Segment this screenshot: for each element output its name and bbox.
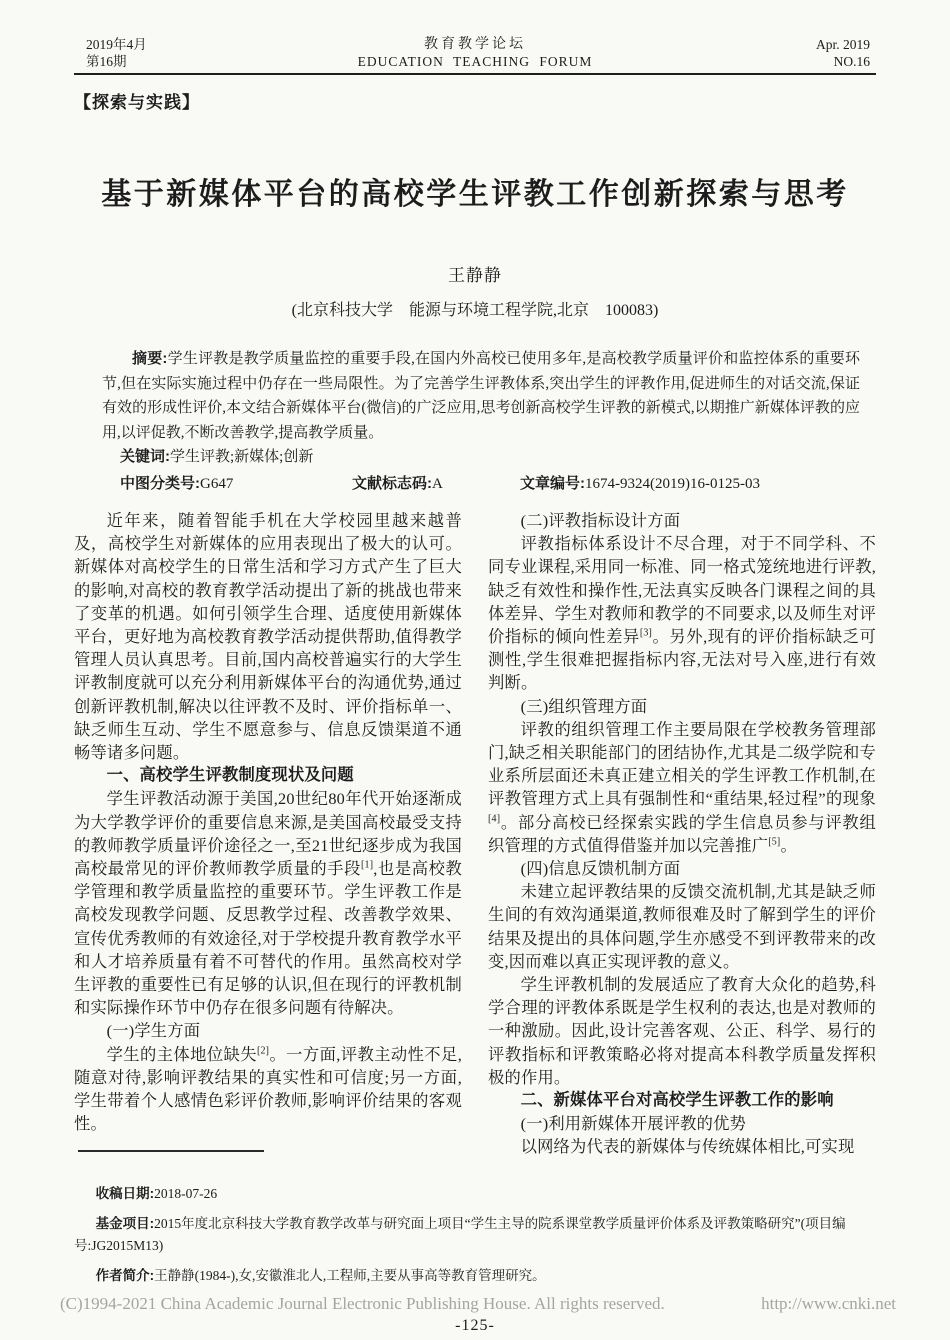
sub-heading: (一)利用新媒体开展评教的优势 bbox=[488, 1112, 876, 1135]
received-date-label: 收稿日期: bbox=[96, 1186, 155, 1201]
clc-value: G647 bbox=[200, 476, 233, 492]
header-date-en: Apr. 2019 bbox=[592, 36, 870, 53]
body-paragraph: 未建立起评教结果的反馈交流机制,尤其是缺乏师生间的有效沟通渠道,教师很难及时了解… bbox=[488, 880, 876, 973]
article-author: 王静静 bbox=[74, 261, 876, 286]
fund-project-label: 基金项目: bbox=[96, 1216, 155, 1231]
sub-heading: (二)评教指标设计方面 bbox=[488, 509, 876, 532]
author-bio-line: 作者简介:王静静(1984-),女,安徽淮北人,工程师,主要从事高等教育管理研究… bbox=[74, 1265, 876, 1287]
section-heading: 一、高校学生评教制度现状及问题 bbox=[74, 764, 462, 787]
copyright-url: http://www.cnki.net bbox=[761, 1294, 896, 1314]
classification-line: 中图分类号:G647 文献标志码:A 文章编号:1674-9324(2019)1… bbox=[102, 472, 860, 497]
author-bio-label: 作者简介: bbox=[96, 1268, 155, 1283]
article-affiliation: (北京科技大学 能源与环境工程学院,北京 100083) bbox=[74, 297, 876, 320]
left-column-content: 近年来，随着智能手机在大学校园里越来越普及，高校学生对新媒体的应用表现出了极大的… bbox=[74, 509, 462, 1135]
clc-label: 中图分类号: bbox=[120, 475, 200, 492]
body-paragraph: 学生评教活动源于美国,20世纪80年代开始逐渐成为大学教学评价的重要信息来源,是… bbox=[74, 787, 462, 1019]
article-body: 近年来，随着智能手机在大学校园里越来越普及，高校学生对新媒体的应用表现出了极大的… bbox=[74, 509, 876, 1159]
journal-title-cn: 教育教学论坛 bbox=[358, 36, 593, 53]
copyright-line: (C)1994-2021 China Academic Journal Elec… bbox=[60, 1294, 896, 1314]
header-issue-cn: 2019年4月 第16期 bbox=[74, 36, 358, 70]
sub-heading: (三)组织管理方面 bbox=[488, 695, 876, 718]
section-heading: 二、新媒体平台对高校学生评教工作的影响 bbox=[488, 1089, 876, 1112]
journal-header: 2019年4月 第16期 教育教学论坛 EDUCATION TEACHING F… bbox=[74, 36, 876, 70]
page-number: -125- bbox=[0, 1317, 950, 1335]
abstract-label: 摘要: bbox=[132, 350, 167, 367]
keywords-label: 关键词: bbox=[120, 448, 170, 465]
section-tag: 【探索与实践】 bbox=[74, 88, 876, 113]
journal-page: 2019年4月 第16期 教育教学论坛 EDUCATION TEACHING F… bbox=[0, 0, 950, 1340]
body-paragraph: 评教的组织管理工作主要局限在学校教务管理部门,缺乏相关职能部门的团结协作,尤其是… bbox=[488, 718, 876, 857]
keywords-line: 关键词:学生评教;新媒体;创新 bbox=[102, 445, 860, 470]
abstract-text: 学生评教是教学质量监控的重要手段,在国内外高校已使用多年,是高校教学质量评价和监… bbox=[102, 351, 860, 441]
article-id-value: 1674-9324(2019)16-0125-03 bbox=[585, 476, 760, 492]
header-issue-en: Apr. 2019 NO.16 bbox=[592, 36, 876, 70]
fund-project-value: 2015年度北京科技大学教育教学改革与研究面上项目“学生主导的院系课堂教学质量评… bbox=[74, 1216, 846, 1253]
keywords-text: 学生评教;新媒体;创新 bbox=[170, 449, 313, 465]
header-divider bbox=[74, 73, 876, 75]
footnotes-block: 收稿日期:2018-07-26 基金项目:2015年度北京科技大学教育教学改革与… bbox=[74, 1183, 876, 1287]
author-bio-value: 王静静(1984-),女,安徽淮北人,工程师,主要从事高等教育管理研究。 bbox=[154, 1268, 546, 1283]
body-paragraph: 评教指标体系设计不尽合理，对于不同学科、不同专业课程,采用同一标准、同一格式笼统… bbox=[488, 532, 876, 694]
body-paragraph: 学生评教机制的发展适应了教育大众化的趋势,科学合理的评教体系既是学生权利的表达,… bbox=[488, 973, 876, 1089]
body-paragraph: 近年来，随着智能手机在大学校园里越来越普及，高校学生对新媒体的应用表现出了极大的… bbox=[74, 509, 462, 764]
doc-code-label: 文献标志码: bbox=[352, 475, 432, 492]
journal-title: 教育教学论坛 EDUCATION TEACHING FORUM bbox=[358, 36, 593, 70]
journal-title-en: EDUCATION TEACHING FORUM bbox=[358, 53, 593, 70]
body-paragraph: 学生的主体地位缺失[2]。一方面,评教主动性不足,随意对待,影响评教结果的真实性… bbox=[74, 1043, 462, 1136]
received-date-line: 收稿日期:2018-07-26 bbox=[74, 1183, 876, 1205]
abstract-block: 摘要:学生评教是教学质量监控的重要手段,在国内外高校已使用多年,是高校教学质量评… bbox=[74, 347, 876, 496]
header-issue-number-en: NO.16 bbox=[592, 53, 870, 70]
header-issue-number-cn: 第16期 bbox=[86, 53, 358, 70]
sub-heading: (一)学生方面 bbox=[74, 1019, 462, 1042]
article-id-item: 文章编号:1674-9324(2019)16-0125-03 bbox=[520, 472, 760, 497]
clc-item: 中图分类号:G647 bbox=[120, 472, 352, 497]
copyright-text: (C)1994-2021 China Academic Journal Elec… bbox=[60, 1294, 665, 1314]
right-column: (二)评教指标设计方面评教指标体系设计不尽合理，对于不同学科、不同专业课程,采用… bbox=[488, 509, 876, 1159]
doc-code-value: A bbox=[432, 476, 443, 492]
doc-code-item: 文献标志码:A bbox=[352, 472, 520, 497]
header-date-cn: 2019年4月 bbox=[86, 36, 358, 53]
left-column: 近年来，随着智能手机在大学校园里越来越普及，高校学生对新媒体的应用表现出了极大的… bbox=[74, 509, 462, 1159]
sub-heading: (四)信息反馈机制方面 bbox=[488, 857, 876, 880]
footnote-divider bbox=[78, 1150, 264, 1152]
body-paragraph: 以网络为代表的新媒体与传统媒体相比,可实现 bbox=[488, 1135, 876, 1158]
article-title: 基于新媒体平台的高校学生评教工作创新探索与思考 bbox=[74, 169, 876, 213]
received-date-value: 2018-07-26 bbox=[154, 1186, 217, 1201]
abstract-paragraph: 摘要:学生评教是教学质量监控的重要手段,在国内外高校已使用多年,是高校教学质量评… bbox=[102, 347, 860, 445]
article-id-label: 文章编号: bbox=[520, 475, 585, 492]
fund-project-line: 基金项目:2015年度北京科技大学教育教学改革与研究面上项目“学生主导的院系课堂… bbox=[74, 1213, 876, 1257]
